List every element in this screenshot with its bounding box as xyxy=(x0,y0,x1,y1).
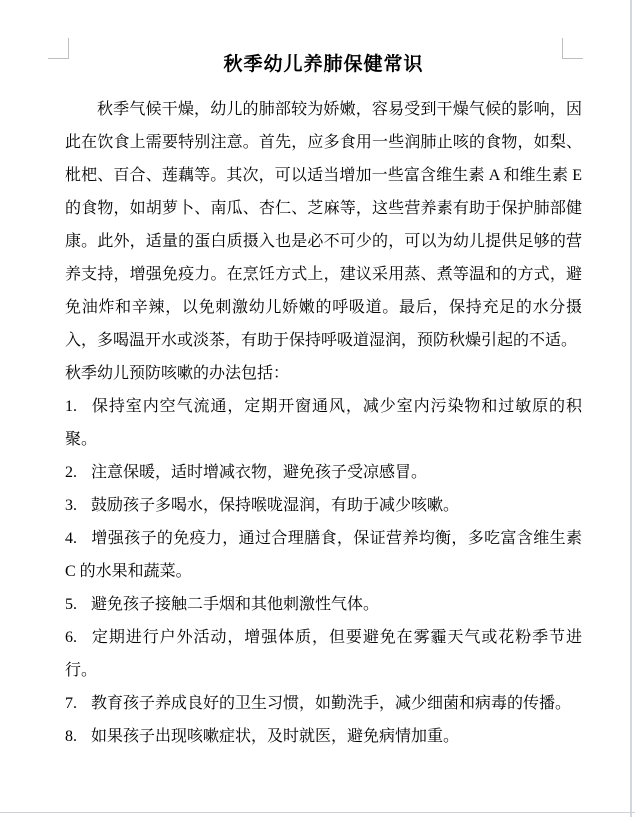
list-item-number: 4. xyxy=(65,522,91,555)
page-bottom-edge xyxy=(0,812,635,813)
list-item-text: 注意保暖，适时增减衣物，避免孩子受凉感冒。 xyxy=(91,464,427,481)
list-item: 6.定期进行户外活动，增强体质，但要避免在雾霾天气或花粉季节进行。 xyxy=(65,621,582,687)
list-item-number: 2. xyxy=(65,456,91,489)
list-item-text: 如果孩子出现咳嗽症状，及时就医，避免病情加重。 xyxy=(91,728,459,745)
list-item-text: 鼓励孩子多喝水，保持喉咙湿润，有助于减少咳嗽。 xyxy=(91,497,459,514)
list-item-text: 保持室内空气流通，定期开窗通风，减少室内污染物和过敏原的积聚。 xyxy=(65,398,582,448)
list-item-number: 5. xyxy=(65,588,91,621)
list-item: 7.教育孩子养成良好的卫生习惯，如勤洗手，减少细菌和病毒的传播。 xyxy=(65,687,582,720)
document-content: 秋季幼儿养肺保健常识 秋季气候干燥，幼儿的肺部较为娇嫩，容易受到干燥气候的影响，… xyxy=(65,0,582,753)
list-item-text: 增强孩子的免疫力，通过合理膳食，保证营养均衡，多吃富含维生素 C 的水果和蔬菜。 xyxy=(65,530,582,580)
list-item: 4.增强孩子的免疫力，通过合理膳食，保证营养均衡，多吃富含维生素 C 的水果和蔬… xyxy=(65,522,582,588)
list-item-text: 教育孩子养成良好的卫生习惯，如勤洗手，减少细菌和病毒的传播。 xyxy=(91,695,571,712)
list-item: 5.避免孩子接触二手烟和其他刺激性气体。 xyxy=(65,588,582,621)
list-item-number: 3. xyxy=(65,489,91,522)
list-item-number: 8. xyxy=(65,720,91,753)
document-page: 秋季幼儿养肺保健常识 秋季气候干燥，幼儿的肺部较为娇嫩，容易受到干燥气候的影响，… xyxy=(0,0,635,817)
list-intro-line: 秋季幼儿预防咳嗽的办法包括： xyxy=(65,357,582,390)
page-right-edge xyxy=(630,0,632,817)
list-item: 3.鼓励孩子多喝水，保持喉咙湿润，有助于减少咳嗽。 xyxy=(65,489,582,522)
list-item-number: 1. xyxy=(65,390,91,423)
list-item: 2.注意保暖，适时增减衣物，避免孩子受凉感冒。 xyxy=(65,456,582,489)
document-title: 秋季幼儿养肺保健常识 xyxy=(65,52,582,78)
intro-paragraph: 秋季气候干燥，幼儿的肺部较为娇嫩，容易受到干燥气候的影响，因此在饮食上需要特别注… xyxy=(65,93,582,357)
list-item: 1.保持室内空气流通，定期开窗通风，减少室内污染物和过敏原的积聚。 xyxy=(65,390,582,456)
list-item-number: 7. xyxy=(65,687,91,720)
list-item-number: 6. xyxy=(65,621,91,654)
tips-list: 1.保持室内空气流通，定期开窗通风，减少室内污染物和过敏原的积聚。2.注意保暖，… xyxy=(65,390,582,753)
list-item: 8.如果孩子出现咳嗽症状，及时就医，避免病情加重。 xyxy=(65,720,582,753)
list-item-text: 避免孩子接触二手烟和其他刺激性气体。 xyxy=(91,596,379,613)
list-item-text: 定期进行户外活动，增强体质，但要避免在雾霾天气或花粉季节进行。 xyxy=(65,629,582,679)
